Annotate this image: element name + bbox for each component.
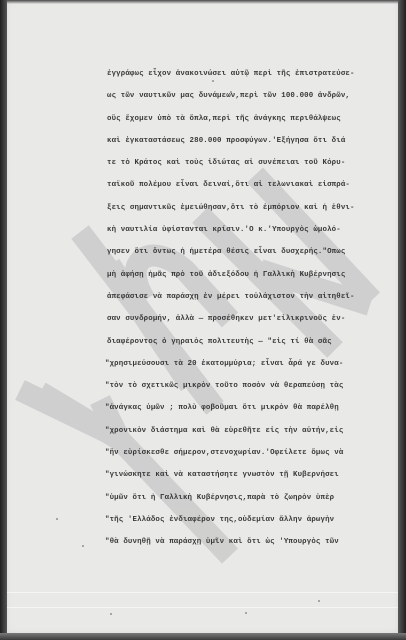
paper-fold-line — [7, 607, 398, 608]
text-line: ἀπεφάσισε νὰ παράσχῃ ἐν μέρει τοὐλάχιστο… — [107, 292, 397, 314]
text-line: ἐγγράφως εἶχον ἀνακοινώσει αὐτῷ περὶ τῆς… — [107, 69, 397, 91]
quoted-text-line: "τῆς 'Ελλάδος ἐνδιαφέρον της,οὐδεμίαν ἄλ… — [105, 515, 397, 537]
quoted-text-line: "χρησιμεύσουσι τὰ 20 ἑκατομμύρια; εἶναι … — [105, 359, 397, 381]
scanned-document: ἐγγράφως εἶχον ἀνακοινώσει αὐτῷ περὶ τῆς… — [0, 0, 406, 640]
quoted-text-line: "χρονικὸν διάστημα καὶ θὰ εὑρεθῆτε εἰς τ… — [105, 426, 397, 448]
scan-top-edge — [0, 0, 406, 4]
quoted-text-line: "ἣν εὑρίσκεσθε σήμερον,στενοχωρίαν.'Οφεί… — [105, 448, 397, 470]
text-line: μὴ ἀφήσῃ ἡμᾶς πρὸ τοῦ ἀδιεξόδου ἡ Γαλλικ… — [107, 270, 397, 292]
text-line: κὴ ναυτιλία ὑφίστανται κρίσιν.'Ο κ.'Υπου… — [107, 225, 397, 247]
scan-right-edge — [398, 0, 406, 640]
text-line: οὓς ἔχομεν ὑπὸ τὰ ὅπλα,περὶ τῆς ἀνάγκης … — [107, 114, 397, 136]
text-line: ξεις σημαντικῶς ἐμειώθησαν,ὅτι τὸ ἐμπόρι… — [107, 203, 397, 225]
text-line: ταϊκοῦ πολέμου εἶναι δειναί,ὅτι αἱ τελων… — [107, 180, 397, 202]
text-line: γησεν ὅτι ὄντως ἡ ἡμετέρα θέσις εἶναι δυ… — [107, 247, 397, 269]
quoted-text-line: "θὰ δυνηθῇ νὰ παράσχῃ ὑμῖν καὶ ὅτι ὡς 'Υ… — [105, 537, 397, 559]
scan-bottom-edge — [0, 633, 406, 640]
text-line: ως τῶν ναυτικῶν μας δυνάμεων,περὶ τῶν 10… — [107, 91, 397, 113]
text-line: σαν συνδρομήν, ἀλλὰ — προσέθηκεν μετ'εἰλ… — [107, 314, 397, 336]
quoted-text-line: "γινώσκητε καὶ νὰ καταστήσητε γνωστὸν τῇ… — [105, 470, 397, 492]
paper-fold-line — [7, 592, 398, 593]
text-line: καὶ ἐγκαταστάσεως 280.000 προσφύγων.'Εξή… — [107, 136, 397, 158]
text-line: τε τὸ Κράτος καὶ τοὺς ἰδιώτας αἱ συνέπει… — [107, 158, 397, 180]
quoted-text-line: "ὑμῶν ὅτι ἡ Γαλλικὴ Κυβέρνησις,παρὰ τὸ ζ… — [105, 493, 397, 515]
text-line: διαφέροντος ὁ γηραιὸς πολιτευτὴς — "εἰς … — [107, 337, 397, 359]
quoted-text-line: "τὸν τὸ σχετικῶς μικρὸν τοῦτο ποσὸν νὰ θ… — [105, 381, 397, 403]
scan-left-edge — [0, 0, 7, 640]
quoted-text-line: "ἀνάγκας ὑμῶν ; πολὺ φοβοῦμαι ὅτι μικρὸν… — [105, 403, 397, 425]
letter-body: ἐγγράφως εἶχον ἀνακοινώσει αὐτῷ περὶ τῆς… — [107, 69, 397, 560]
